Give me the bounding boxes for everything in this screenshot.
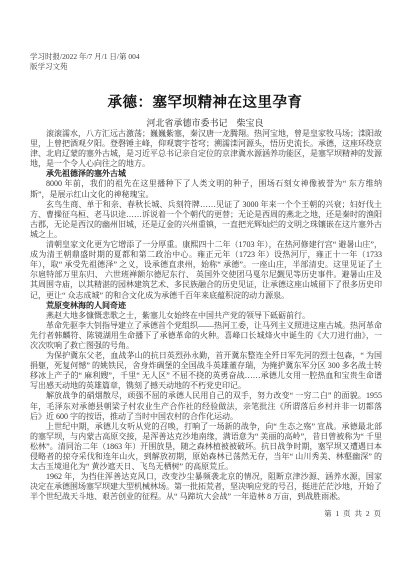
- article-byline: 河北省承德市委书记 柴宝良: [0, 116, 410, 129]
- article-body: 滚滚濡水，八方汇远古激荡；巍巍紫塞，秦汉唐一龙腾翔。热河宝地，曾是皇家牧马场；滦…: [30, 129, 382, 502]
- body-paragraph: 滚滚濡水，八方汇远古激荡；巍巍紫塞，秦汉唐一龙腾翔。热河宝地，曾是皇家牧马场；滦…: [30, 129, 382, 169]
- body-paragraph: 燕赵大地多慷慨悲歌之士，紫塞儿女始终在中国共产党的领导下砥砺前行。: [30, 311, 382, 321]
- section-heading: 承先祖德泽的塞外古城: [30, 169, 382, 179]
- section-heading: 荒原变林海的人间奇迹: [30, 301, 382, 311]
- masthead: 学习时报/2022 年/7 月/1 日/第 004 版学习文苑: [30, 52, 140, 71]
- body-paragraph: 解放战争的硝烟散尽，顽强不屈的承德人民用自己的双手，努力改变“ 一穷二白” 的面…: [30, 391, 382, 421]
- page-number-indicator: 第 1 页 共 2 页: [324, 508, 382, 519]
- masthead-line2: 版学习文苑: [30, 62, 140, 72]
- body-paragraph: 为保护冀东父老，血战茅山的抗日英烈孙永勤，首开冀东整连全歼日军先河的烈士包森，“…: [30, 351, 382, 391]
- body-paragraph: 革命先驱李大钊指导建立了承德首个党组织——热河工委，让马列主义照进这座古城。热河…: [30, 321, 382, 351]
- body-paragraph: 清朝皇家文化更为它增添了一分厚重。康熙四十二年（1703 年），在热河修建行宫“…: [30, 240, 382, 301]
- masthead-line1: 学习时报/2022 年/7 月/1 日/第 004: [30, 52, 140, 62]
- body-paragraph: 1962 年，为挡住浑善达克风口，改变沙尘暴频袭北京的情况，阻断京津沙源、涵养水…: [30, 472, 382, 502]
- article-title: 承德：塞罕坝精神在这里孕育: [0, 91, 410, 112]
- body-paragraph: 上世纪中期，承德儿女听从党的召唤，打响了一场新的战争，向“ 生态之殇” 宣战。承…: [30, 422, 382, 472]
- body-paragraph: 8000 年前，我们的祖先在这里播种下了人类文明的种子，围场石刻女神像被誉为“ …: [30, 179, 382, 199]
- document-page: 学习时报/2022 年/7 月/1 日/第 004 版学习文苑 承德：塞罕坝精神…: [0, 0, 410, 580]
- body-paragraph: 玄鸟生商、单于和亲、春秋长城、兵刻符牌……见证了 3000 年来一个个王朝的兴衰…: [30, 200, 382, 240]
